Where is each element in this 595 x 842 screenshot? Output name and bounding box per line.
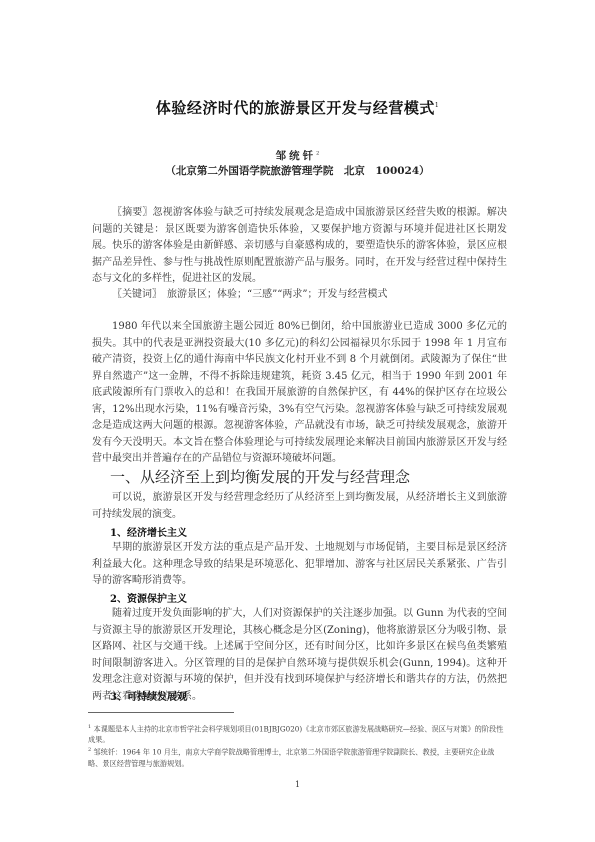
intro-paragraph: 1980 年代以来全国旅游主题公园近 80%已倒闭，给中国旅游业已造成 3000…: [92, 319, 507, 468]
paper-title: 体验经济时代的旅游景区开发与经营模式1: [0, 97, 595, 118]
footnote-1-text: 本课题是本人主持的北京市哲学社会科学规划项目(01BJBJG020)《北京市郊区…: [88, 724, 503, 744]
footnote-1-mark: 1: [88, 724, 91, 730]
subsection-2-heading: 2、资源保护主义: [110, 590, 187, 605]
abstract: 〖摘要〗忽视游客体验与缺乏可持续发展观念是造成中国旅游景区经营失败的根源。解决问…: [92, 205, 507, 288]
footnote-2-text: 邹统钎：1964 年 10 月生，南京大学商学院战略管理博士，北京第二外国语学院…: [88, 748, 494, 768]
paper-title-text: 体验经济时代的旅游景区开发与经营模式: [156, 99, 435, 117]
footnote-divider: [88, 712, 234, 713]
subsection-1-text: 早期的旅游景区开发方法的重点是产品开发、土地规划与市场促销，主要目标是景区经济利…: [92, 540, 507, 590]
title-footnote-mark: 1: [435, 102, 439, 109]
author-affiliation: （北京第二外国语学院旅游管理学院 北京 100024）: [0, 163, 595, 178]
author-footnote-mark: 2: [316, 151, 319, 157]
author-name: 邹统钎2: [0, 148, 595, 163]
keywords: 〖关键词〗 旅游景区；体验；“三感”“两求”；开发与经营模式: [92, 287, 507, 304]
paper-page: 体验经济时代的旅游景区开发与经营模式1 邹统钎2 （北京第二外国语学院旅游管理学…: [0, 0, 595, 842]
page-number: 1: [0, 780, 595, 789]
section-1-intro: 可以说，旅游景区开发与经营理念经历了从经济至上到均衡发展，从经济增长主义到旅游可…: [92, 490, 507, 523]
subsection-3-heading: 3、可持续发展观: [110, 688, 187, 703]
subsection-1-heading: 1、经济增长主义: [110, 524, 187, 539]
section-1-heading: 一、从经济至上到均衡发展的开发与经营理念: [110, 466, 410, 487]
footnote-1: 1 本课题是本人主持的北京市哲学社会科学规划项目(01BJBJG020)《北京市…: [88, 722, 508, 745]
footnote-2: 2 邹统钎：1964 年 10 月生，南京大学商学院战略管理博士，北京第二外国语…: [88, 745, 508, 768]
author-name-text: 邹统钎: [276, 150, 317, 162]
footnotes: 1 本课题是本人主持的北京市哲学社会科学规划项目(01BJBJG020)《北京市…: [88, 722, 508, 769]
footnote-2-mark: 2: [88, 747, 91, 753]
